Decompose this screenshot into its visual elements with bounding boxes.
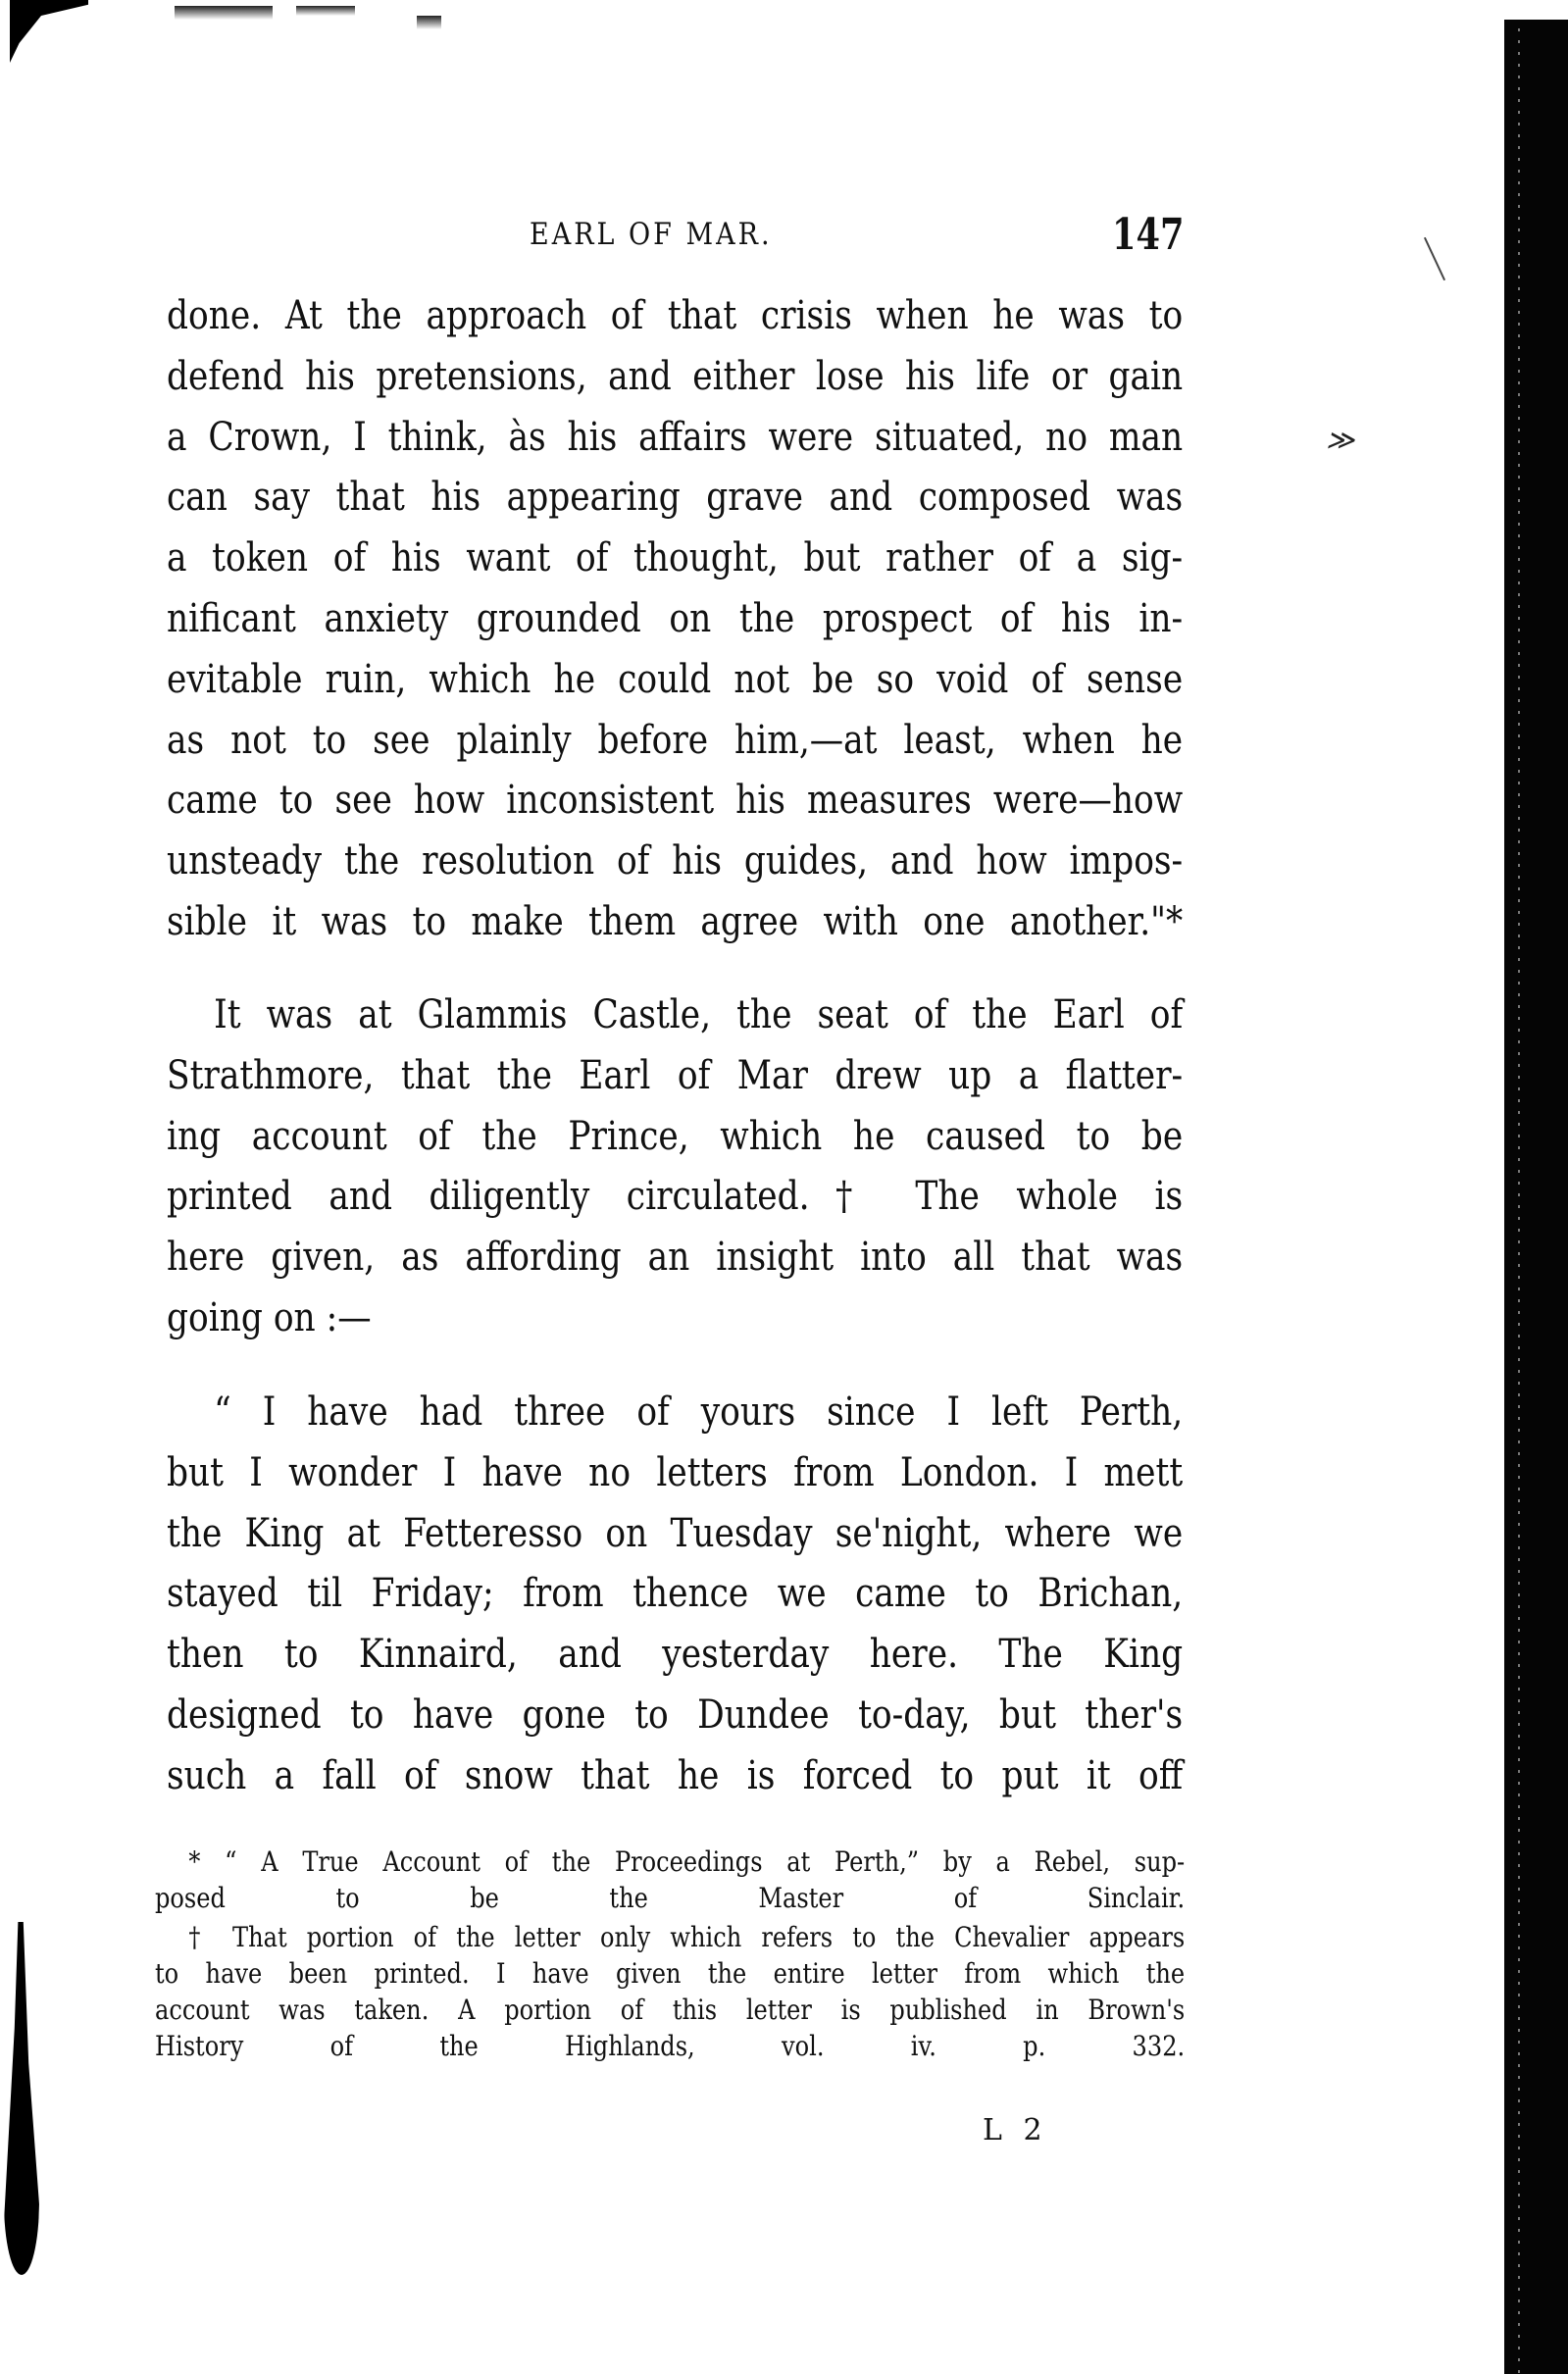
scan-smudge [296,6,355,16]
text-line: designed to have gone to Dundee to-day, … [167,1686,1183,1746]
scan-binding-edge [1504,20,1568,2374]
text-line: It was at Glammis Castle, the seat of th… [167,985,1183,1046]
footnote-star: * “ A True Account of the Proceedings at… [155,1844,1185,1916]
text-line: nificant anxiety grounded on the prospec… [167,589,1183,650]
scan-stray-mark [1424,237,1445,280]
text-line: “ I have had three of yours since I left… [167,1383,1183,1443]
footnote-line: † That portion of the letter only which … [155,1919,1185,1955]
text-line: going on :— [167,1288,1183,1349]
text-line: here given, as affording an insight into… [167,1228,1183,1288]
footnote-dagger: † That portion of the letter only which … [155,1919,1185,2064]
footnote-line: posed to be the Master of Sinclair. [155,1880,1185,1916]
scan-left-shadow [4,1922,39,2275]
footnote-line: account was taken. A portion of this let… [155,1992,1185,2028]
scan-corner-shadow [10,0,88,78]
footnote-line: to have been printed. I have given the e… [155,1955,1185,1992]
footnotes: * “ A True Account of the Proceedings at… [155,1844,1185,2064]
text-line: as not to see plainly before him,—at lea… [167,711,1183,772]
text-line: a token of his want of thought, but rath… [167,529,1183,589]
text-line: the King at Fetteresso on Tuesday se'nig… [167,1504,1183,1565]
text-line: printed and diligently circulated.† The … [167,1167,1183,1228]
footnote-line: * “ A True Account of the Proceedings at… [155,1844,1185,1880]
paragraph-letter: “ I have had three of yours since I left… [167,1383,1183,1807]
text-line: came to see how inconsistent his measure… [167,771,1183,832]
text-line: ing account of the Prince, which he caus… [167,1107,1183,1168]
scan-smudge [417,16,441,29]
signature-mark: L 2 [983,2113,1048,2147]
text-line: done. At the approach of that crisis whe… [167,286,1183,347]
page-number: 147 [1112,210,1184,260]
text-line: stayed til Friday; from thence we came t… [167,1564,1183,1625]
running-head: EARL OF MAR. 147 [530,206,1196,265]
text-line: then to Kinnaird, and yesterday here. Th… [167,1625,1183,1686]
text-line: can say that his appearing grave and com… [167,468,1183,529]
paragraph-continued: done. At the approach of that crisis whe… [167,286,1183,953]
margin-mark: ≫ [1326,424,1354,456]
text-line: such a fall of snow that he is forced to… [167,1746,1183,1807]
footnote-line: History of the Highlands, vol. iv. p. 33… [155,2028,1185,2064]
paragraph-glammis: It was at Glammis Castle, the seat of th… [167,985,1183,1349]
text-line: sible it was to make them agree with one… [167,892,1183,953]
book-page: ≫ EARL OF MAR. 147 done. At the approach… [0,0,1568,2374]
text-line: defend his pretensions, and either lose … [167,347,1183,408]
text-line: but I wonder I have no letters from Lond… [167,1443,1183,1504]
text-line: Strathmore, that the Earl of Mar drew up… [167,1046,1183,1107]
running-head-title: EARL OF MAR. [530,217,773,252]
text-line: evitable ruin, which he could not be so … [167,650,1183,711]
text-line: unsteady the resolution of his guides, a… [167,832,1183,892]
text-line: a Crown, I think, às his affairs were si… [167,408,1183,469]
scan-smudge [175,6,273,20]
